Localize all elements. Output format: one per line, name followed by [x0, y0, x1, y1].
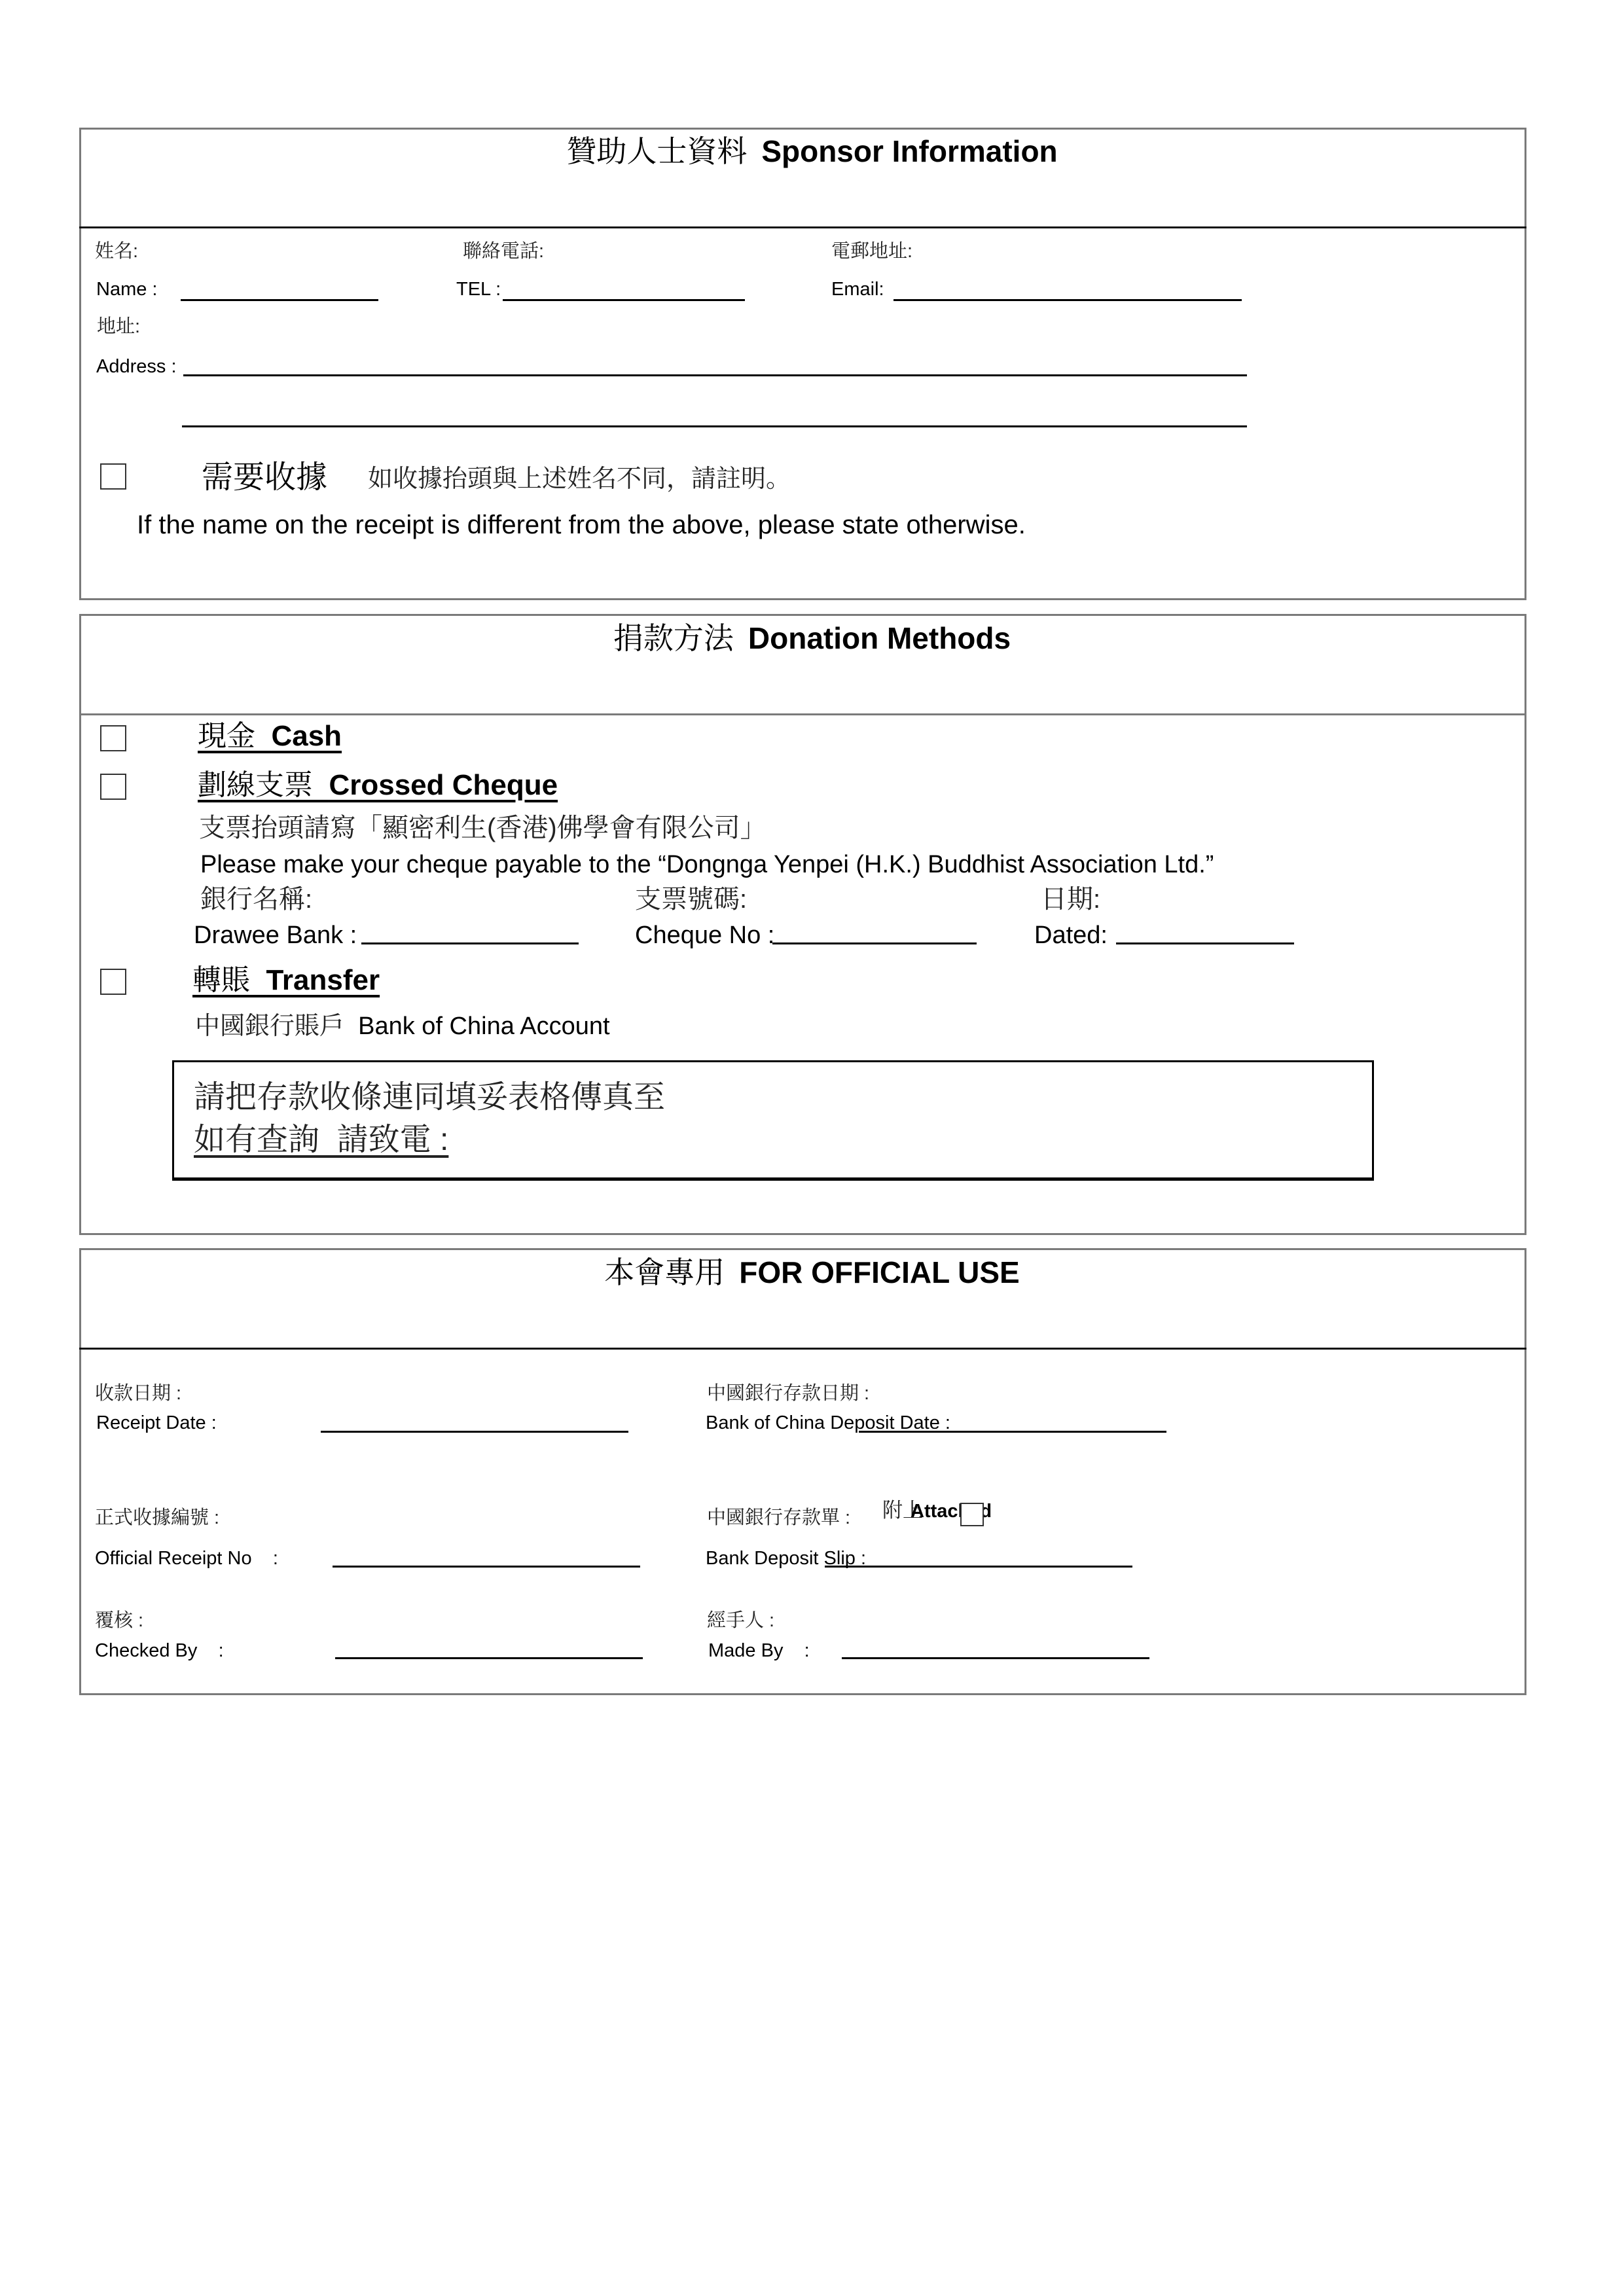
cheque-label-en: Crossed Cheque	[329, 769, 558, 801]
transfer-checkbox[interactable]	[100, 969, 126, 995]
transfer-label-en: Transfer	[266, 964, 380, 996]
sponsor-title: 贊助人士資料Sponsor Information	[0, 136, 1624, 166]
transfer-label-zh: 轉賬	[192, 964, 250, 996]
sponsor-title-en: Sponsor Information	[761, 134, 1057, 168]
made-by-label-zh: 經手人 :	[707, 1611, 774, 1630]
checked-by-label: Checked By :	[95, 1641, 224, 1660]
email-field[interactable]	[893, 299, 1242, 301]
cheque-label: 劃線支票 Crossed Cheque	[198, 771, 558, 800]
boc-account-en: Bank of China Account	[358, 1013, 609, 1040]
fax-notice-line1: 請把存款收條連同填妥表格傳真至	[194, 1082, 665, 1113]
boc-deposit-date-field[interactable]	[859, 1431, 1166, 1433]
donation-title: 捐款方法Donation Methods	[0, 623, 1624, 653]
cheque-no-field[interactable]	[772, 942, 977, 944]
receipt-date-label-zh: 收款日期 :	[95, 1384, 181, 1403]
drawee-bank-field[interactable]	[361, 942, 579, 944]
official-title: 本會專用FOR OFFICIAL USE	[0, 1257, 1624, 1287]
tel-label: TEL :	[456, 280, 501, 299]
checked-by-label-zh: 覆核 :	[95, 1611, 143, 1630]
fax-notice-box	[172, 1060, 1374, 1181]
cheque-no-label-zh: 支票號碼:	[635, 886, 747, 912]
email-label-zh: 電郵地址:	[831, 242, 912, 261]
official-title-en: FOR OFFICIAL USE	[739, 1255, 1020, 1289]
boc-deposit-date-label-zh: 中國銀行存款日期 :	[707, 1384, 869, 1403]
cash-label-zh: 現金	[198, 720, 255, 752]
sponsor-title-zh: 贊助人士資料	[566, 134, 747, 168]
receipt-note-en: If the name on the receipt is different …	[137, 512, 1026, 538]
receipt-no-field[interactable]	[333, 1566, 640, 1568]
receipt-required-checkbox[interactable]	[100, 463, 126, 490]
boc-account-zh: 中國銀行賬戶	[195, 1013, 344, 1040]
date-label-zh: 日期:	[1041, 886, 1100, 912]
cheque-checkbox[interactable]	[100, 774, 126, 800]
date-field[interactable]	[1116, 942, 1294, 944]
boc-account: 中國銀行賬戶 Bank of China Account	[195, 1014, 610, 1039]
made-by-label: Made By :	[708, 1641, 810, 1660]
name-field[interactable]	[181, 299, 378, 301]
name-label-zh: 姓名:	[95, 242, 138, 261]
tel-field[interactable]	[503, 299, 745, 301]
transfer-label: 轉賬 Transfer	[192, 966, 380, 995]
donation-title-en: Donation Methods	[748, 621, 1011, 655]
official-header-divider	[79, 1348, 1526, 1350]
cash-checkbox[interactable]	[100, 725, 126, 751]
made-by-field[interactable]	[842, 1657, 1149, 1659]
cheque-no-label: Cheque No :	[635, 923, 774, 948]
receipt-required-label: 需要收據	[202, 462, 327, 493]
tel-label-zh: 聯絡電話:	[463, 242, 544, 261]
email-label: Email:	[831, 280, 884, 299]
drawee-bank-label: Drawee Bank :	[194, 923, 357, 948]
date-label: Dated:	[1034, 923, 1108, 948]
deposit-slip-label-zh: 中國銀行存款單 :	[707, 1509, 850, 1528]
checked-by-field[interactable]	[335, 1657, 643, 1659]
attached-checkbox[interactable]	[960, 1503, 984, 1526]
cash-label: 現金 Cash	[198, 722, 342, 751]
boc-deposit-date-label: Bank of China Deposit Date :	[706, 1414, 950, 1433]
cheque-label-zh: 劃線支票	[198, 769, 313, 801]
official-title-zh: 本會專用	[604, 1255, 725, 1289]
receipt-no-label-zh: 正式收據編號 :	[95, 1509, 219, 1528]
drawee-bank-label-zh: 銀行名稱:	[200, 886, 312, 912]
address-field-line1[interactable]	[183, 374, 1247, 376]
receipt-note-zh: 如收據抬頭與上述姓名不同，請註明。	[368, 467, 791, 492]
receipt-no-label: Official Receipt No :	[95, 1549, 278, 1568]
cash-label-en: Cash	[271, 720, 342, 752]
donation-title-zh: 捐款方法	[613, 621, 734, 655]
deposit-slip-field[interactable]	[825, 1566, 1132, 1568]
receipt-date-label: Receipt Date :	[96, 1414, 217, 1433]
official-use-section	[79, 1248, 1526, 1695]
address-field-line2[interactable]	[182, 425, 1247, 427]
address-label-zh: 地址:	[97, 317, 140, 336]
address-label: Address :	[96, 357, 177, 376]
receipt-date-field[interactable]	[321, 1431, 628, 1433]
donation-header-divider	[79, 713, 1526, 715]
sponsor-header-divider	[79, 226, 1526, 228]
cheque-payee-zh: 支票抬頭請寫「顯密利生(香港)佛學會有限公司」	[199, 815, 767, 841]
enquiry-notice-line2: 如有查詢 請致電 :	[194, 1124, 448, 1156]
cheque-payee-en: Please make your cheque payable to the “…	[200, 852, 1214, 877]
name-label: Name :	[96, 280, 157, 299]
